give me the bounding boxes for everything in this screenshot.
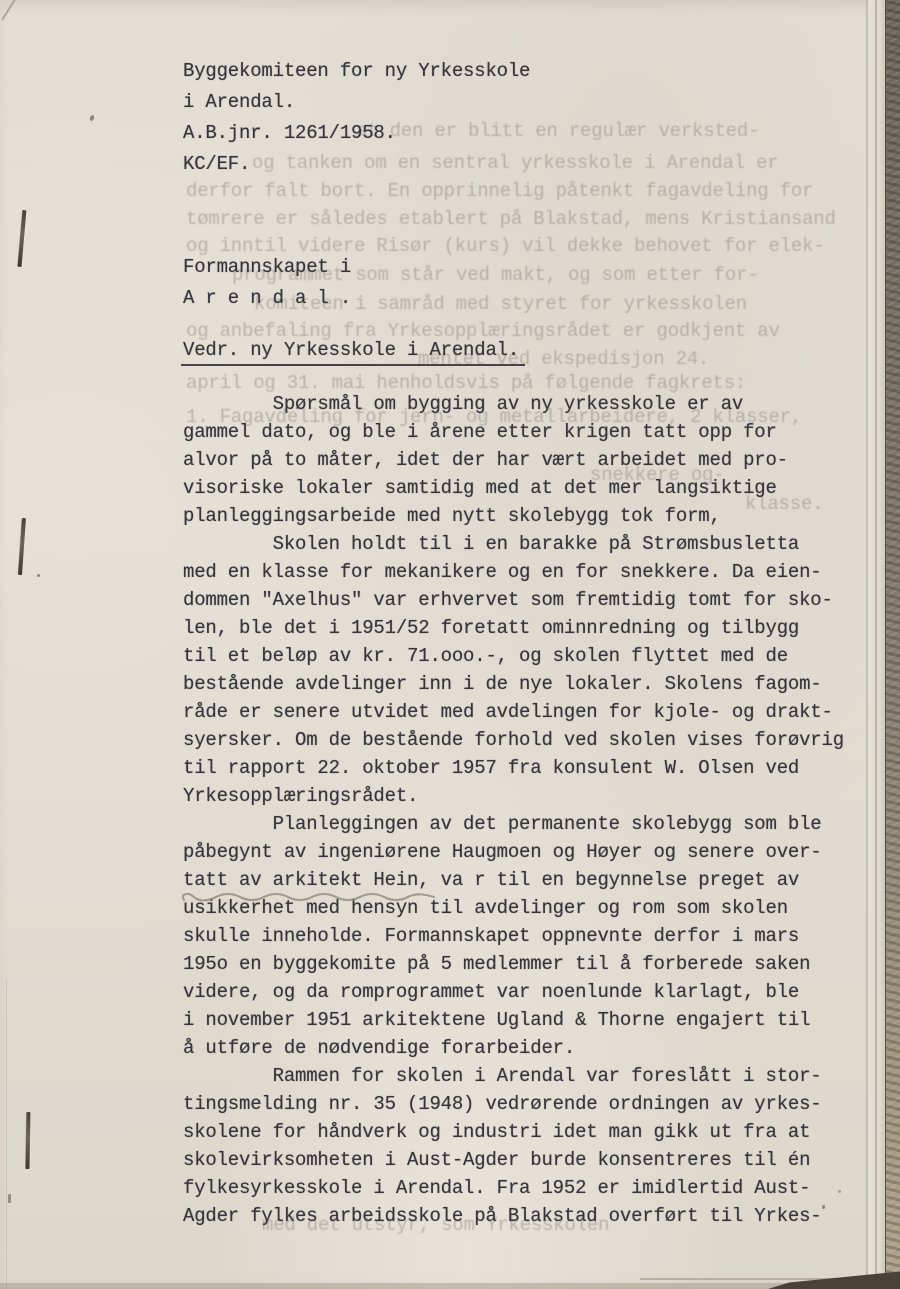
text-line: i november 1951 arkitektene Ugland & Tho… <box>183 1006 844 1034</box>
text-line: KC/EF. <box>183 149 530 180</box>
text-line: planleggingsarbeide med nytt skolebygg t… <box>183 502 844 530</box>
text-line: Agder fylkes arbeidsskole på Blakstad ov… <box>183 1202 844 1230</box>
page-edge-line <box>866 0 868 1289</box>
bottom-pages-band <box>0 1283 900 1289</box>
text-line: A.B.jnr. 1261/1958. <box>183 118 530 149</box>
scanned-document-page: at den er blitt en regulær verksted-og t… <box>0 0 900 1289</box>
text-line: skolene for håndverk og industri idet ma… <box>183 1118 844 1146</box>
text-line: å utføre de nødvendige forarbeider. <box>183 1034 844 1062</box>
text-line: bestående avdelinger inn i de nye lokale… <box>183 670 844 698</box>
text-line: Byggekomiteen for ny Yrkesskole <box>183 56 530 87</box>
text-line: Spørsmål om bygging av ny yrkesskole er … <box>183 390 844 418</box>
text-line: tingsmelding nr. 35 (1948) vedrørende or… <box>183 1090 844 1118</box>
pencil-underline <box>178 888 446 906</box>
text-line: til et beløp av kr. 71.ooo.-, og skolen … <box>183 642 844 670</box>
subject-line: Vedr. ny Yrkesskole i Arendal. <box>183 338 525 366</box>
dust-speck <box>37 574 40 577</box>
text-line: Skolen holdt til i en barakke på Strømsb… <box>183 530 844 558</box>
page-edge-line-2 <box>875 0 877 1289</box>
text-line: syersker. Om de bestående forhold ved sk… <box>183 726 844 754</box>
dust-speck <box>838 1190 841 1193</box>
text-line: dommen "Axelhus" var erhvervet som fremt… <box>183 586 844 614</box>
bleedthrough-line: derfor falt bort. En opprinnelig påtenkt… <box>186 180 813 202</box>
text-line: alvor på to måter, idet der har vært arb… <box>183 446 844 474</box>
text-line: Yrkesopplæringsrådet. <box>183 782 844 810</box>
text-line: Rammen for skolen i Arendal var foreslåt… <box>183 1062 844 1090</box>
text-line: gammel dato, og ble i årene etter krigen… <box>183 418 844 446</box>
text-line: skolevirksomheten i Aust-Agder burde kon… <box>183 1146 844 1174</box>
text-line: Planleggingen av det permanente skolebyg… <box>183 810 844 838</box>
addressee-block: Formannskapet iA r e n d a l . <box>183 252 351 314</box>
bleedthrough-line: tømrere er således etablert på Blakstad,… <box>186 208 836 230</box>
left-sheet-edge <box>6 980 7 1289</box>
text-line: påbegynt av ingeniørene Haugmoen og Høye… <box>183 838 844 866</box>
text-line: videre, og da romprogrammet var noenlund… <box>183 978 844 1006</box>
text-line: skulle inneholde. Formannskapet oppnevnt… <box>183 922 844 950</box>
text-line: i Arendal. <box>183 87 530 118</box>
text-line: 195o en byggekomite på 5 medlemmer til å… <box>183 950 844 978</box>
text-line: råde er senere utvidet med avdelingen fo… <box>183 698 844 726</box>
binding-edge-strip <box>885 0 900 1289</box>
dust-speck <box>8 1194 11 1203</box>
subject-underlined-text: Vedr. ny Yrkesskole i Arendal. <box>181 338 525 366</box>
sender-block: Byggekomiteen for ny Yrkesskolei Arendal… <box>183 56 530 180</box>
dust-speck <box>822 1205 825 1209</box>
body-text: Spørsmål om bygging av ny yrkesskole er … <box>183 390 844 1230</box>
text-line: til rapport 22. oktober 1957 fra konsule… <box>183 754 844 782</box>
text-line: Formannskapet i <box>183 252 351 283</box>
text-line: A r e n d a l . <box>183 283 351 314</box>
text-line: fylkesyrkesskole i Arendal. Fra 1952 er … <box>183 1174 844 1202</box>
text-line: visoriske lokaler samtidig med at det me… <box>183 474 844 502</box>
text-line: med en klasse for mekanikere og en for s… <box>183 558 844 586</box>
text-line: len, ble det i 1951/52 foretatt ominnred… <box>183 614 844 642</box>
